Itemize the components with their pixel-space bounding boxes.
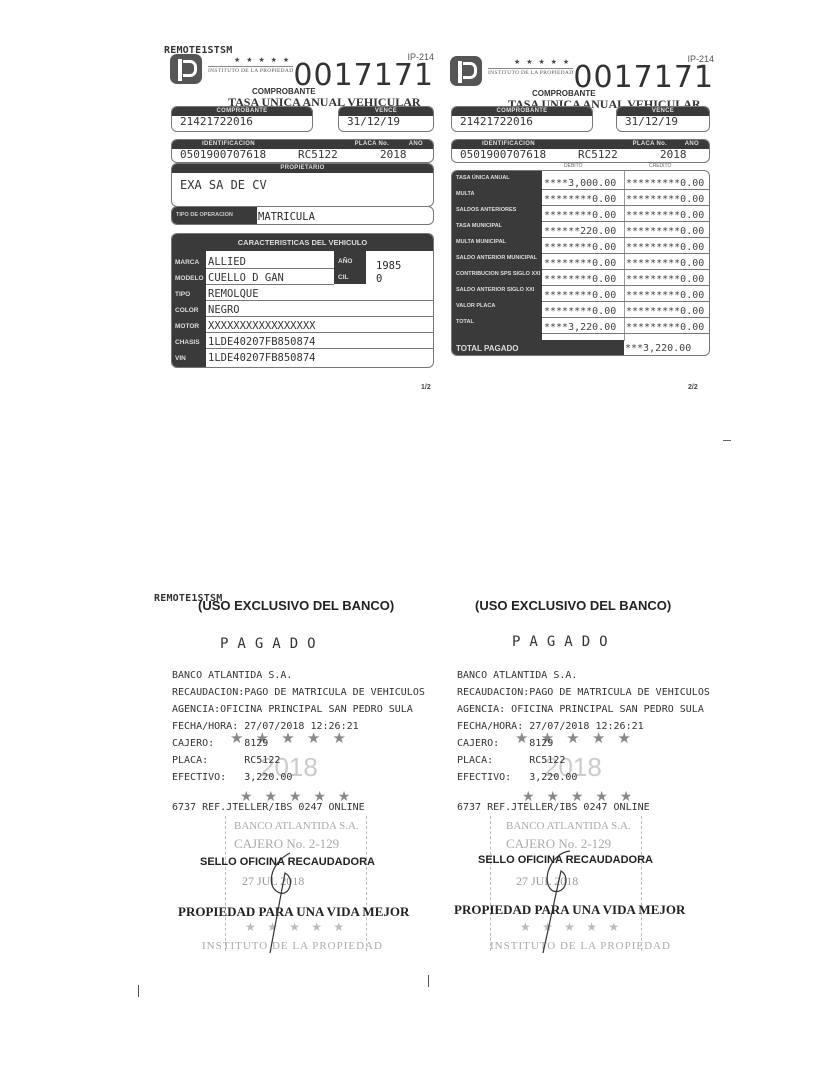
receipt-page-2: ★ ★ ★ ★ ★ INSTITUTO DE LA PROPIEDAD IP-2…	[446, 56, 714, 396]
placa-value: RC5122	[298, 149, 380, 160]
bank-name: BANCO ATLANTIDA S.A.	[172, 670, 292, 681]
signature-icon	[250, 848, 310, 958]
scan-mark	[723, 440, 731, 441]
charge-credito: *********0.00	[626, 306, 704, 317]
charge-label: SALDOS ANTERIORES	[456, 207, 516, 213]
placa-value: RC5122	[578, 149, 660, 160]
cajero: CAJERO: 8129	[172, 738, 268, 749]
recaudacion: RECAUDACION:PAGO DE MATRICULA DE VEHICUL…	[457, 687, 710, 698]
institution-stars: ★ ★ ★ ★ ★	[514, 58, 571, 66]
charge-debito: ********0.00	[544, 306, 616, 317]
anio-vehiculo-value: 1985	[376, 260, 401, 272]
recaudacion: RECAUDACION:PAGO DE MATRICULA DE VEHICUL…	[172, 687, 425, 698]
tipo-operacion-box: TIPO DE OPERACION MATRICULA	[171, 206, 434, 225]
charge-credito: *********0.00	[626, 258, 704, 269]
vence-value: 31/12/19	[339, 116, 433, 127]
propietario-box: PROPIETARIO EXA SA DE CV	[171, 163, 434, 207]
anio-header: AÑO	[685, 140, 699, 149]
charge-label: TOTAL	[456, 319, 474, 325]
charge-credito: *********0.00	[626, 290, 704, 301]
charge-debito: ********0.00	[544, 258, 616, 269]
field-label-motor: MOTOR	[175, 323, 199, 330]
agencia: AGENCIA: OFICINA PRINCIPAL SAN PEDRO SUL…	[457, 704, 704, 715]
page-indicator: 1/2	[421, 384, 431, 391]
anio-header: AÑO	[409, 140, 423, 149]
field-label-modelo: MODELO	[175, 275, 204, 282]
placa: PLACA: RC5122	[172, 755, 280, 766]
charge-label: VALOR PLACA	[456, 303, 495, 309]
charge-label: CONTRIBUCION SPS SIGLO XXI	[456, 271, 540, 277]
field-value-marca: ALLIED	[208, 256, 246, 268]
reference: 6737 REF.JTELLER/IBS 0247 ONLINE	[172, 802, 365, 813]
field-label-tipo: TIPO	[175, 291, 190, 298]
comprobante-value: 21421722016	[452, 116, 592, 127]
charges-table: TASA ÚNICA ANUAL MULTA SALDOS ANTERIORES…	[451, 170, 710, 356]
stamp-bank: BANCO ATLANTIDA S.A.	[234, 820, 359, 832]
charge-debito: ******220.00	[544, 226, 616, 237]
efectivo: EFECTIVO: 3,220.00	[457, 772, 577, 783]
field-label-color: COLOR	[175, 307, 198, 314]
receipt-page-1: ★ ★ ★ ★ ★ INSTITUTO DE LA PROPIEDAD IP-2…	[166, 54, 434, 394]
vence-value: 31/12/19	[617, 116, 709, 127]
charge-credito: *********0.00	[626, 242, 704, 253]
bank-use-title: (USO EXCLUSIVO DEL BANCO)	[475, 598, 671, 613]
field-value-chasis: 1LDE40207FB850874	[208, 336, 315, 348]
reference: 6737 REF.JTELLER/IBS 0247 ONLINE	[457, 802, 650, 813]
tipo-operacion-label: TIPO DE OPERACION	[172, 207, 257, 224]
charge-credito: *********0.00	[626, 210, 704, 221]
field-label-marca: MARCA	[175, 259, 199, 266]
identificacion-box: IDENTIFICACIONPLACA No.AÑO 0501900707618…	[171, 139, 434, 163]
institution-stars: ★ ★ ★ ★ ★	[234, 56, 291, 64]
charge-debito: ********0.00	[544, 242, 616, 253]
charge-debito: ********0.00	[544, 194, 616, 205]
page-indicator: 2/2	[688, 384, 698, 391]
anio-value: 2018	[380, 149, 407, 160]
charge-label: TASA MUNICIPAL	[456, 223, 502, 229]
propietario-header: PROPIETARIO	[172, 164, 433, 173]
bank-stub-2: (USO EXCLUSIVO DEL BANCO) PAGADO BANCO A…	[430, 598, 720, 958]
charge-label: MULTA	[456, 191, 474, 197]
field-value-color: NEGRO	[208, 304, 240, 316]
comprobante-box: COMPROBANTE 21421722016	[171, 106, 313, 132]
charge-label: SALDO ANTERIOR SIGLO XXI	[456, 287, 534, 293]
field-value-tipo: REMOLQUE	[208, 288, 259, 300]
charge-credito: *********0.00	[626, 226, 704, 237]
instituto-propiedad-logo-icon	[450, 56, 482, 86]
placa: PLACA: RC5122	[457, 755, 565, 766]
vence-box: VENCE 31/12/19	[616, 106, 710, 132]
charge-debito: ****3,220.00	[544, 322, 616, 333]
caracteristicas-header: CARACTERISTICAS DEL VEHICULO	[172, 234, 433, 251]
efectivo: EFECTIVO: 3,220.00	[172, 772, 292, 783]
charge-credito: *********0.00	[626, 274, 704, 285]
scan-mark	[428, 975, 429, 987]
field-label-vin: VIN	[175, 355, 186, 362]
charge-credito: *********0.00	[626, 178, 704, 189]
field-value-vin: 1LDE40207FB850874	[208, 352, 315, 364]
identificacion-box: IDENTIFICACIONPLACA No.AÑO 0501900707618…	[451, 139, 710, 163]
charge-debito: ********0.00	[544, 274, 616, 285]
scan-mark	[138, 985, 139, 997]
charge-label: MULTA MUNICIPAL	[456, 239, 506, 245]
field-value-modelo: CUELLO D GAN	[208, 272, 284, 284]
comprobante-value: 21421722016	[172, 116, 312, 127]
charge-credito: *********0.00	[626, 322, 704, 333]
tipo-operacion-value: MATRICULA	[258, 211, 315, 223]
debito-label: DÉBITO	[564, 163, 583, 169]
agencia: AGENCIA:OFICINA PRINCIPAL SAN PEDRO SULA	[172, 704, 413, 715]
bank-name: BANCO ATLANTIDA S.A.	[457, 670, 577, 681]
charge-debito: ********0.00	[544, 290, 616, 301]
credito-label: CRÉDITO	[649, 163, 671, 169]
propietario-value: EXA SA DE CV	[172, 173, 433, 191]
field-value-motor: XXXXXXXXXXXXXXXXX	[208, 320, 315, 332]
total-pagado-value: ***3,220.00	[625, 343, 691, 354]
cajero: CAJERO: 8129	[457, 738, 553, 749]
total-pagado-label: TOTAL PAGADO	[456, 344, 519, 353]
comprobante-box: COMPROBANTE 21421722016	[451, 106, 593, 132]
field-label-chasis: CHASIS	[175, 339, 200, 346]
institution-name: INSTITUTO DE LA PROPIEDAD	[488, 68, 573, 76]
instituto-propiedad-logo-icon	[170, 54, 202, 84]
bank-stub-1: (USO EXCLUSIVO DEL BANCO) PAGADO BANCO A…	[150, 598, 440, 958]
charge-debito: ****3,000.00	[544, 178, 616, 189]
caracteristicas-box: CARACTERISTICAS DEL VEHICULO MARCA MODEL…	[171, 233, 434, 368]
stamp-bank: BANCO ATLANTIDA S.A.	[506, 820, 631, 832]
charge-credito: *********0.00	[626, 194, 704, 205]
identificacion-value: 0501900707618	[180, 149, 298, 160]
institution-name: INSTITUTO DE LA PROPIEDAD	[208, 66, 293, 74]
bank-use-title: (USO EXCLUSIVO DEL BANCO)	[198, 598, 394, 613]
vence-box: VENCE 31/12/19	[338, 106, 434, 132]
signature-icon	[525, 843, 585, 958]
identificacion-value: 0501900707618	[460, 149, 578, 160]
cil-label: CIL	[338, 274, 348, 281]
charge-debito: ********0.00	[544, 210, 616, 221]
anio-vehiculo-label: AÑO	[338, 258, 352, 265]
anio-value: 2018	[660, 149, 687, 160]
charge-label: TASA ÚNICA ANUAL	[456, 175, 510, 181]
charge-label: SALDO ANTERIOR MUNICIPAL	[456, 255, 537, 261]
paid-status: PAGADO	[512, 634, 617, 650]
paid-status: PAGADO	[220, 636, 325, 652]
